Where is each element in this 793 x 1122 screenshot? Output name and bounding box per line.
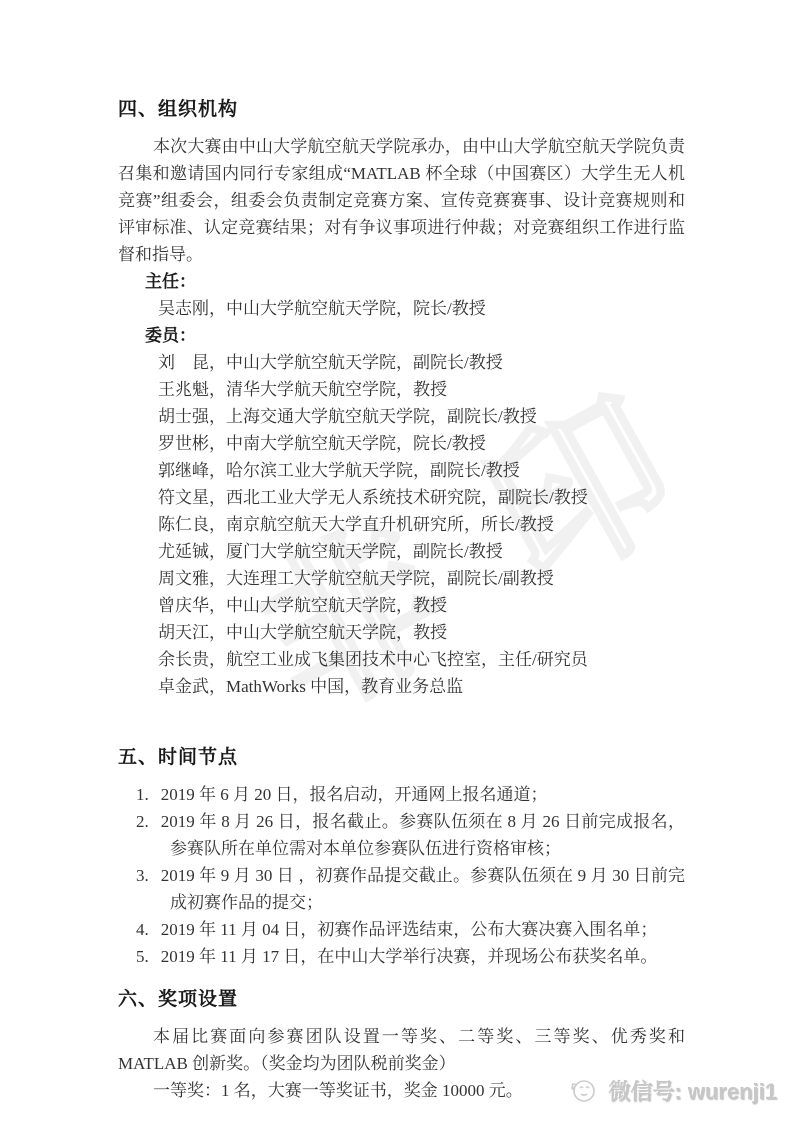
timeline-item-text: 2019 年 11 月 17 日，在中山大学举行决赛，并现场公布获奖名单。 — [161, 947, 658, 966]
director-label: 主任： — [145, 268, 685, 295]
timeline-item: 4.2019 年 11 月 04 日，初赛作品评选结束，公布大赛决赛入围名单； — [118, 916, 685, 943]
section-organization-heading: 四、组织机构 — [118, 96, 685, 123]
committee-member-row: 刘 昆，中山大学航空航天学院，副院长/教授 — [158, 349, 685, 376]
director-row: 吴志刚，中山大学航空航天学院，院长/教授 — [158, 295, 685, 322]
timeline-item-number: 5. — [136, 947, 149, 966]
wechat-watermark-label: 微信号: wurenji1 — [608, 1075, 777, 1106]
committee-member-row: 罗世彬，中南大学航空航天学院，院长/教授 — [158, 430, 685, 457]
committee-member-row: 卓金武，MathWorks 中国，教育业务总监 — [158, 673, 685, 700]
section-awards-heading: 六、奖项设置 — [118, 986, 685, 1013]
timeline-item: 1.2019 年 6 月 20 日，报名启动，开通网上报名通道； — [118, 781, 685, 808]
timeline-item-number: 4. — [136, 920, 149, 939]
wechat-watermark: 微信号: wurenji1 — [567, 1074, 777, 1106]
timeline-item-text: 2019 年 11 月 04 日，初赛作品评选结束，公布大赛决赛入围名单； — [161, 920, 658, 939]
document-page: 四、组织机构 本次大赛由中山大学航空航天学院承办，由中山大学航空航天学院负责召集… — [0, 0, 793, 1122]
section-timeline-heading: 五、时间节点 — [118, 744, 685, 771]
timeline-item-number: 1. — [136, 785, 149, 804]
committee-member-row: 胡天江，中山大学航空航天学院，教授 — [158, 619, 685, 646]
timeline-item-number: 2. — [136, 812, 149, 831]
timeline-item: 5.2019 年 11 月 17 日，在中山大学举行决赛，并现场公布获奖名单。 — [118, 943, 685, 970]
timeline-item-text: 2019 年 6 月 20 日，报名启动，开通网上报名通道； — [161, 785, 548, 804]
timeline-item-number: 3. — [136, 866, 149, 885]
section-organization: 四、组织机构 本次大赛由中山大学航空航天学院承办，由中山大学航空航天学院负责召集… — [118, 96, 685, 700]
timeline-item: 2.2019 年 8 月 26 日，报名截止。参赛队伍须在 8 月 26 日前完… — [118, 808, 685, 862]
committee-member-row: 尤延铖，厦门大学航空航天学院，副院长/教授 — [158, 538, 685, 565]
timeline-item-text: 2019 年 8 月 26 日，报名截止。参赛队伍须在 8 月 26 日前完成报… — [161, 812, 685, 858]
mascot-icon — [567, 1074, 599, 1106]
committee-member-row: 王兆魁，清华大学航天航空学院，教授 — [158, 376, 685, 403]
timeline-item: 3.2019 年 9 月 30 日 ，初赛作品提交截止。参赛队伍须在 9 月 3… — [118, 862, 685, 916]
committee-member-row: 余长贵，航空工业成飞集团技术中心飞控室，主任/研究员 — [158, 646, 685, 673]
committee-member-row: 胡士强，上海交通大学航空航天学院，副院长/教授 — [158, 403, 685, 430]
timeline-item-text: 2019 年 9 月 30 日 ，初赛作品提交截止。参赛队伍须在 9 月 30 … — [161, 866, 685, 912]
committee-member-row: 周文雅，大连理工大学航空航天学院，副院长/副教授 — [158, 565, 685, 592]
committee-member-row: 陈仁良，南京航空航天大学直升机研究所，所长/教授 — [158, 511, 685, 538]
committee-member-row: 曾庆华，中山大学航空航天学院，教授 — [158, 592, 685, 619]
committee-member-row: 符文星，西北工业大学无人系统技术研究院，副院长/教授 — [158, 484, 685, 511]
awards-intro-paragraph: 本届比赛面向参赛团队设置一等奖、二等奖、三等奖、优秀奖和 MATLAB 创新奖。… — [118, 1023, 685, 1077]
committee-member-row: 郭继峰，哈尔滨工业大学航天学院，副院长/教授 — [158, 457, 685, 484]
members-label: 委员： — [145, 322, 685, 349]
organization-intro-paragraph: 本次大赛由中山大学航空航天学院承办，由中山大学航空航天学院负责召集和邀请国内同行… — [118, 133, 685, 268]
section-timeline: 五、时间节点 1.2019 年 6 月 20 日，报名启动，开通网上报名通道； … — [118, 744, 685, 970]
